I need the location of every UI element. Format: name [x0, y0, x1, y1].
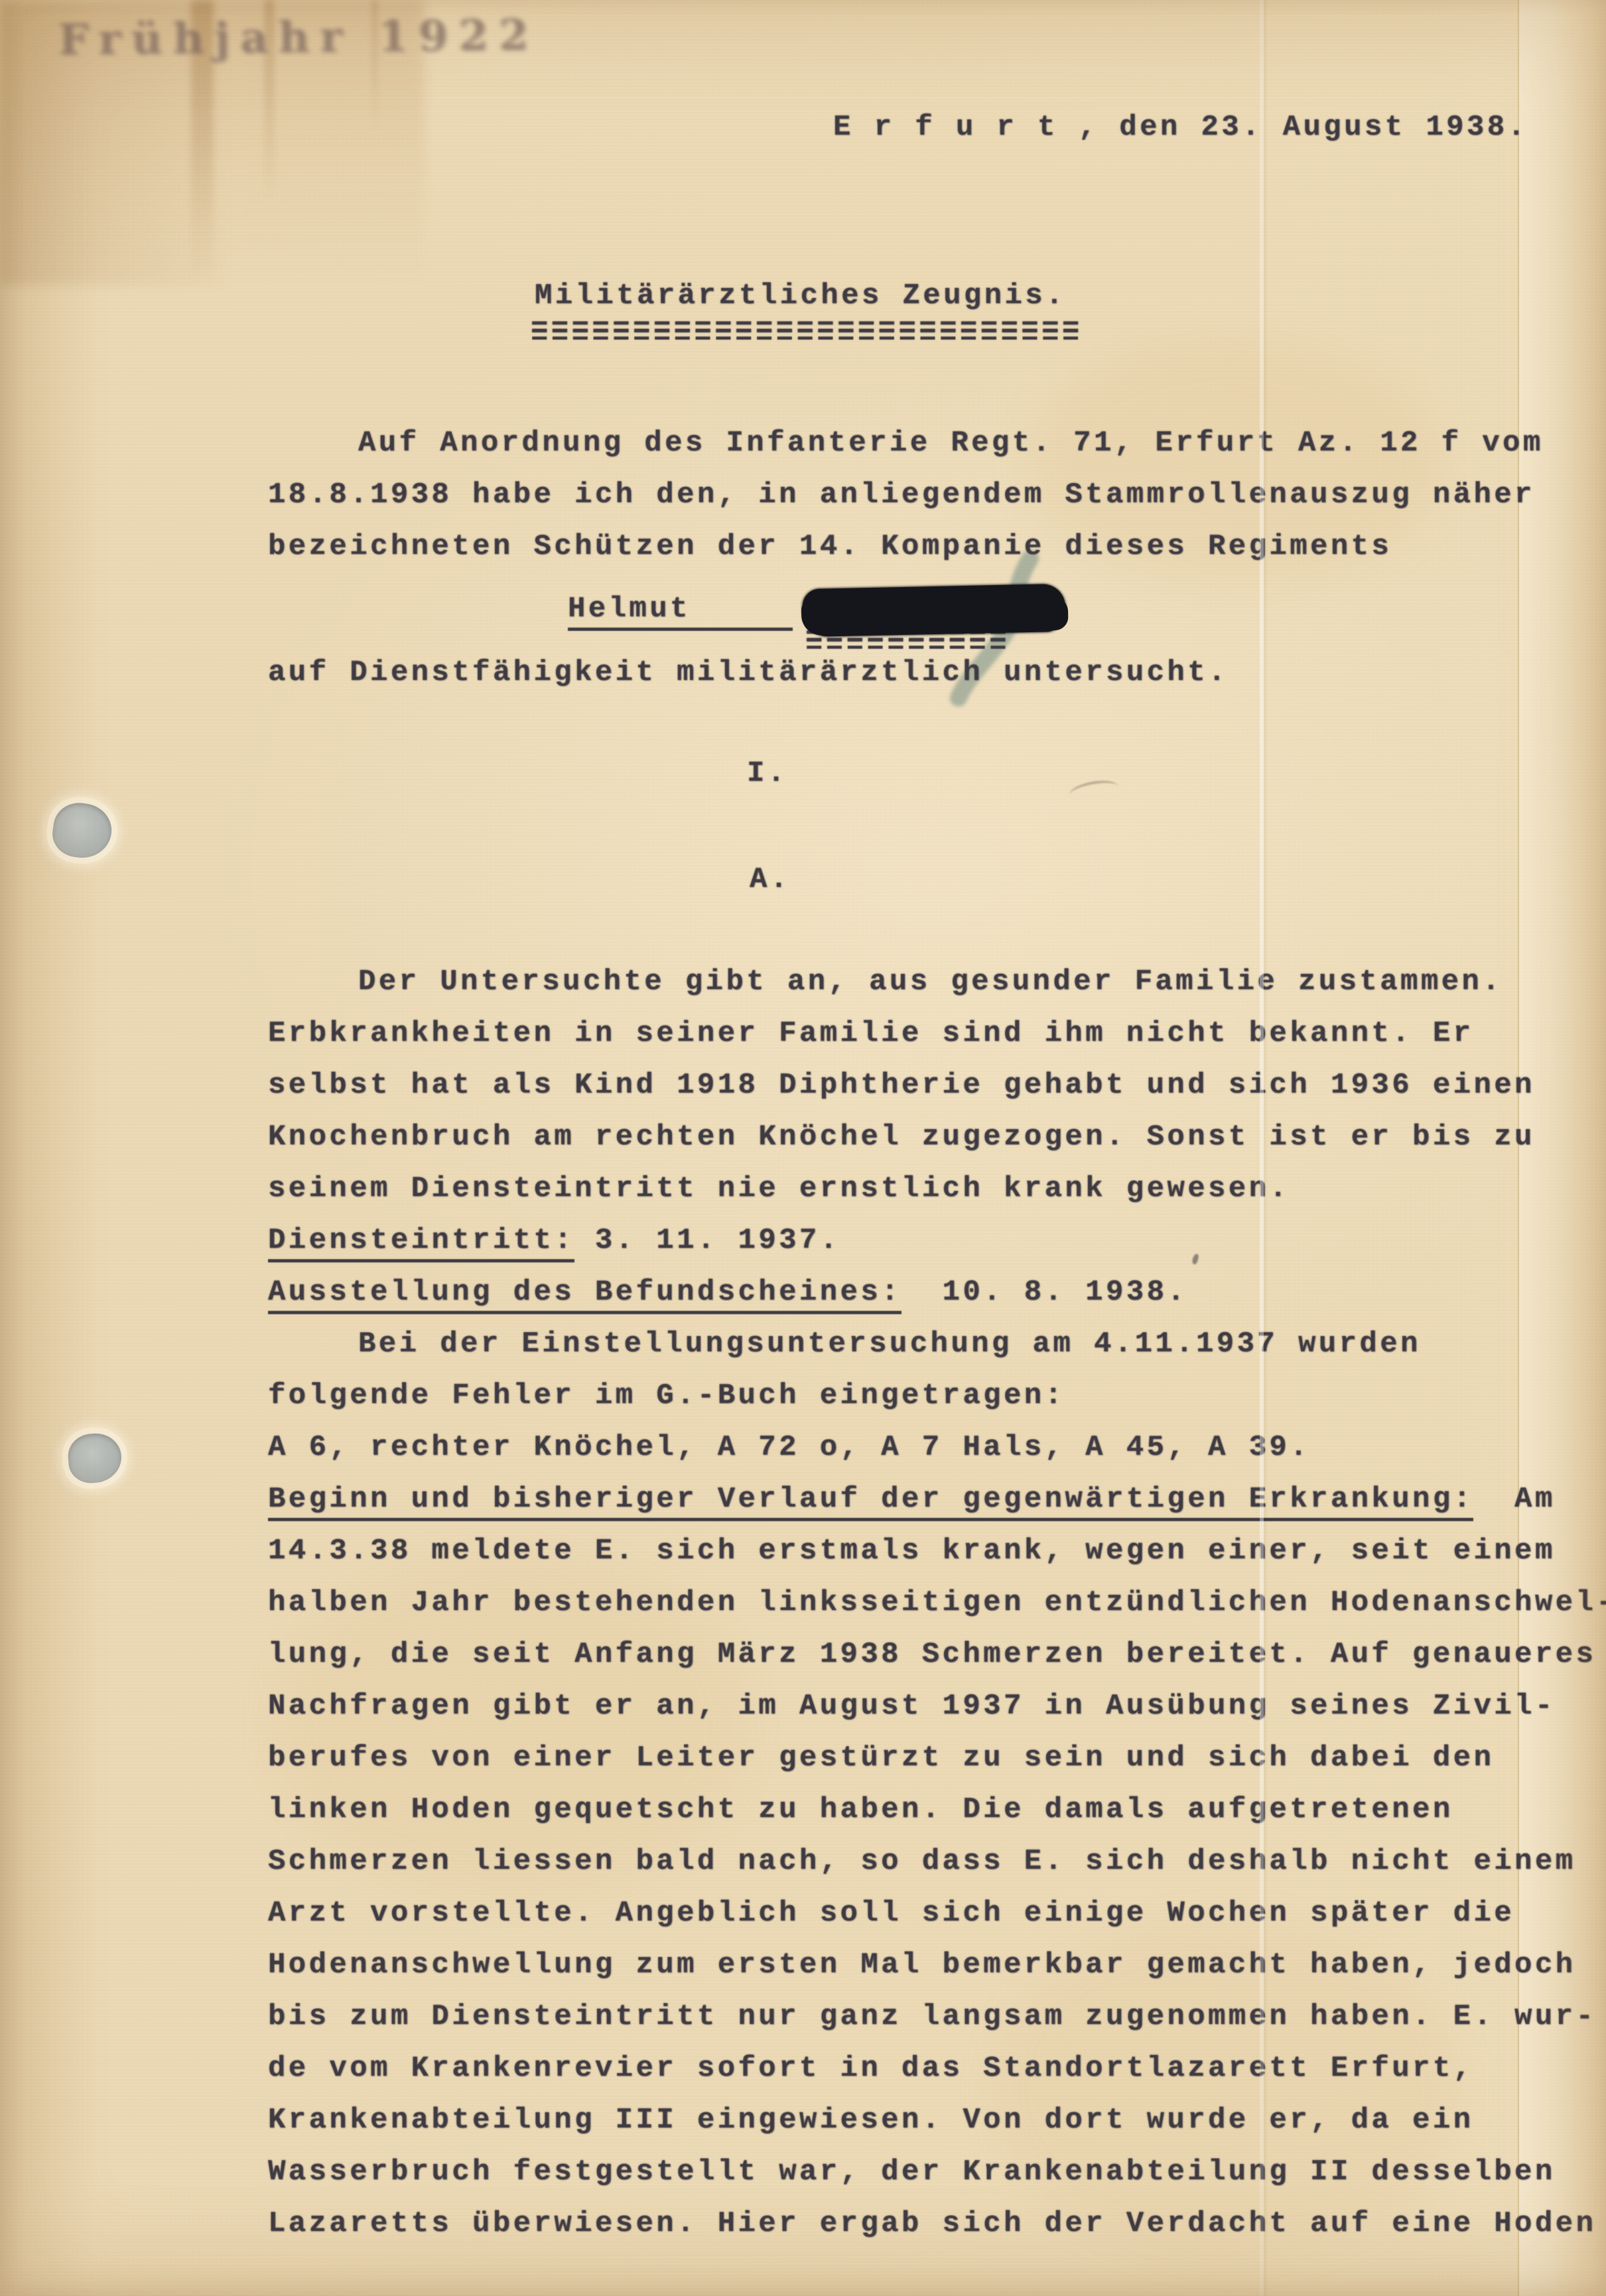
first-name: Helmut	[568, 592, 793, 631]
pencil-mark	[1068, 777, 1120, 804]
text-line: Lazaretts überwiesen. Hier ergab sich de…	[268, 2206, 1596, 2242]
underlined-text: Beginn und bisheriger Verlauf der gegenw…	[268, 1483, 1473, 1521]
text-line: halben Jahr bestehenden linksseitigen en…	[268, 1586, 1606, 1621]
title-underline: ===========================	[531, 312, 1083, 347]
text-line: Knochenbruch am rechten Knöchel zugezoge…	[268, 1120, 1535, 1155]
text-line: lung, die seit Anfang März 1938 Schmerze…	[268, 1637, 1596, 1672]
text-line: 14.3.38 meldete E. sich erstmals krank, …	[268, 1534, 1556, 1569]
text-line: de vom Krankenrevier sofort in das Stand…	[268, 2051, 1473, 2086]
text-line: Diensteintritt: 3. 11. 1937.	[268, 1223, 840, 1258]
text-line: Hodenanschwellung zum ersten Mal bemerkb…	[268, 1948, 1575, 1983]
examined-line: auf Dienstfähigkeit militärärztlich unte…	[268, 655, 1229, 691]
redaction-mark	[802, 584, 1065, 637]
text-line: Nachfragen gibt er an, im August 1937 in…	[268, 1689, 1556, 1724]
text-line: bezeichneten Schützen der 14. Kompanie d…	[268, 529, 1392, 565]
ink-speck	[1191, 1253, 1199, 1264]
section-marker-letter: A.	[750, 862, 791, 898]
text-line: Auf Anordnung des Infanterie Regt. 71, E…	[268, 426, 1544, 461]
dateline: E r f u r t , den 23. August 1938.	[833, 110, 1528, 145]
text-line: Ausstellung des Befundscheines: 10. 8. 1…	[268, 1275, 1187, 1310]
underlined-text: Ausstellung des Befundscheines:	[268, 1276, 902, 1314]
text-line: Erbkrankheiten in seiner Familie sind ih…	[268, 1016, 1473, 1051]
section-marker-numeral: I.	[747, 756, 788, 791]
name-line: Helmut	[568, 592, 793, 627]
text-line: Wasserbruch festgestellt war, der Kranke…	[268, 2155, 1556, 2190]
text-line: berufes von einer Leiter gestürzt zu sei…	[268, 1741, 1494, 1776]
faded-stamp: Frühjahr 1922	[58, 9, 603, 65]
text-line: Beginn und bisheriger Verlauf der gegenw…	[268, 1482, 1556, 1517]
text-line: bis zum Diensteintritt nur ganz langsam …	[268, 1999, 1596, 2035]
document-title: Militärärztliches Zeugnis.	[535, 279, 1066, 314]
text-line: 18.8.1938 habe ich den, in anliegendem S…	[268, 478, 1535, 513]
text-line: Der Untersuchte gibt an, aus gesunder Fa…	[268, 965, 1503, 1000]
text-line: seinem Diensteintritt nie ernstlich kran…	[268, 1172, 1290, 1207]
text-line: A 6, rechter Knöchel, A 72 o, A 7 Hals, …	[268, 1430, 1310, 1465]
text-line: folgende Fehler im G.-Buch eingetragen:	[268, 1379, 1065, 1414]
text-line: selbst hat als Kind 1918 Diphtherie geha…	[268, 1068, 1535, 1103]
text-line: linken Hoden gequetscht zu haben. Die da…	[268, 1792, 1453, 1828]
text-line: Bei der Einstellungsuntersuchung am 4.11…	[268, 1327, 1421, 1362]
scanned-document-page: Frühjahr 1922 E r f u r t , den 23. Augu…	[0, 0, 1606, 2296]
underlined-text: Diensteintritt:	[268, 1224, 574, 1262]
text-line: Krankenabteilung III eingewiesen. Von do…	[268, 2103, 1473, 2138]
text-line: Schmerzen liessen bald nach, so dass E. …	[268, 1844, 1575, 1879]
hole-punch	[50, 799, 115, 861]
text-line: Arzt vorstellte. Angeblich soll sich ein…	[268, 1896, 1514, 1931]
hole-punch	[67, 1432, 123, 1484]
